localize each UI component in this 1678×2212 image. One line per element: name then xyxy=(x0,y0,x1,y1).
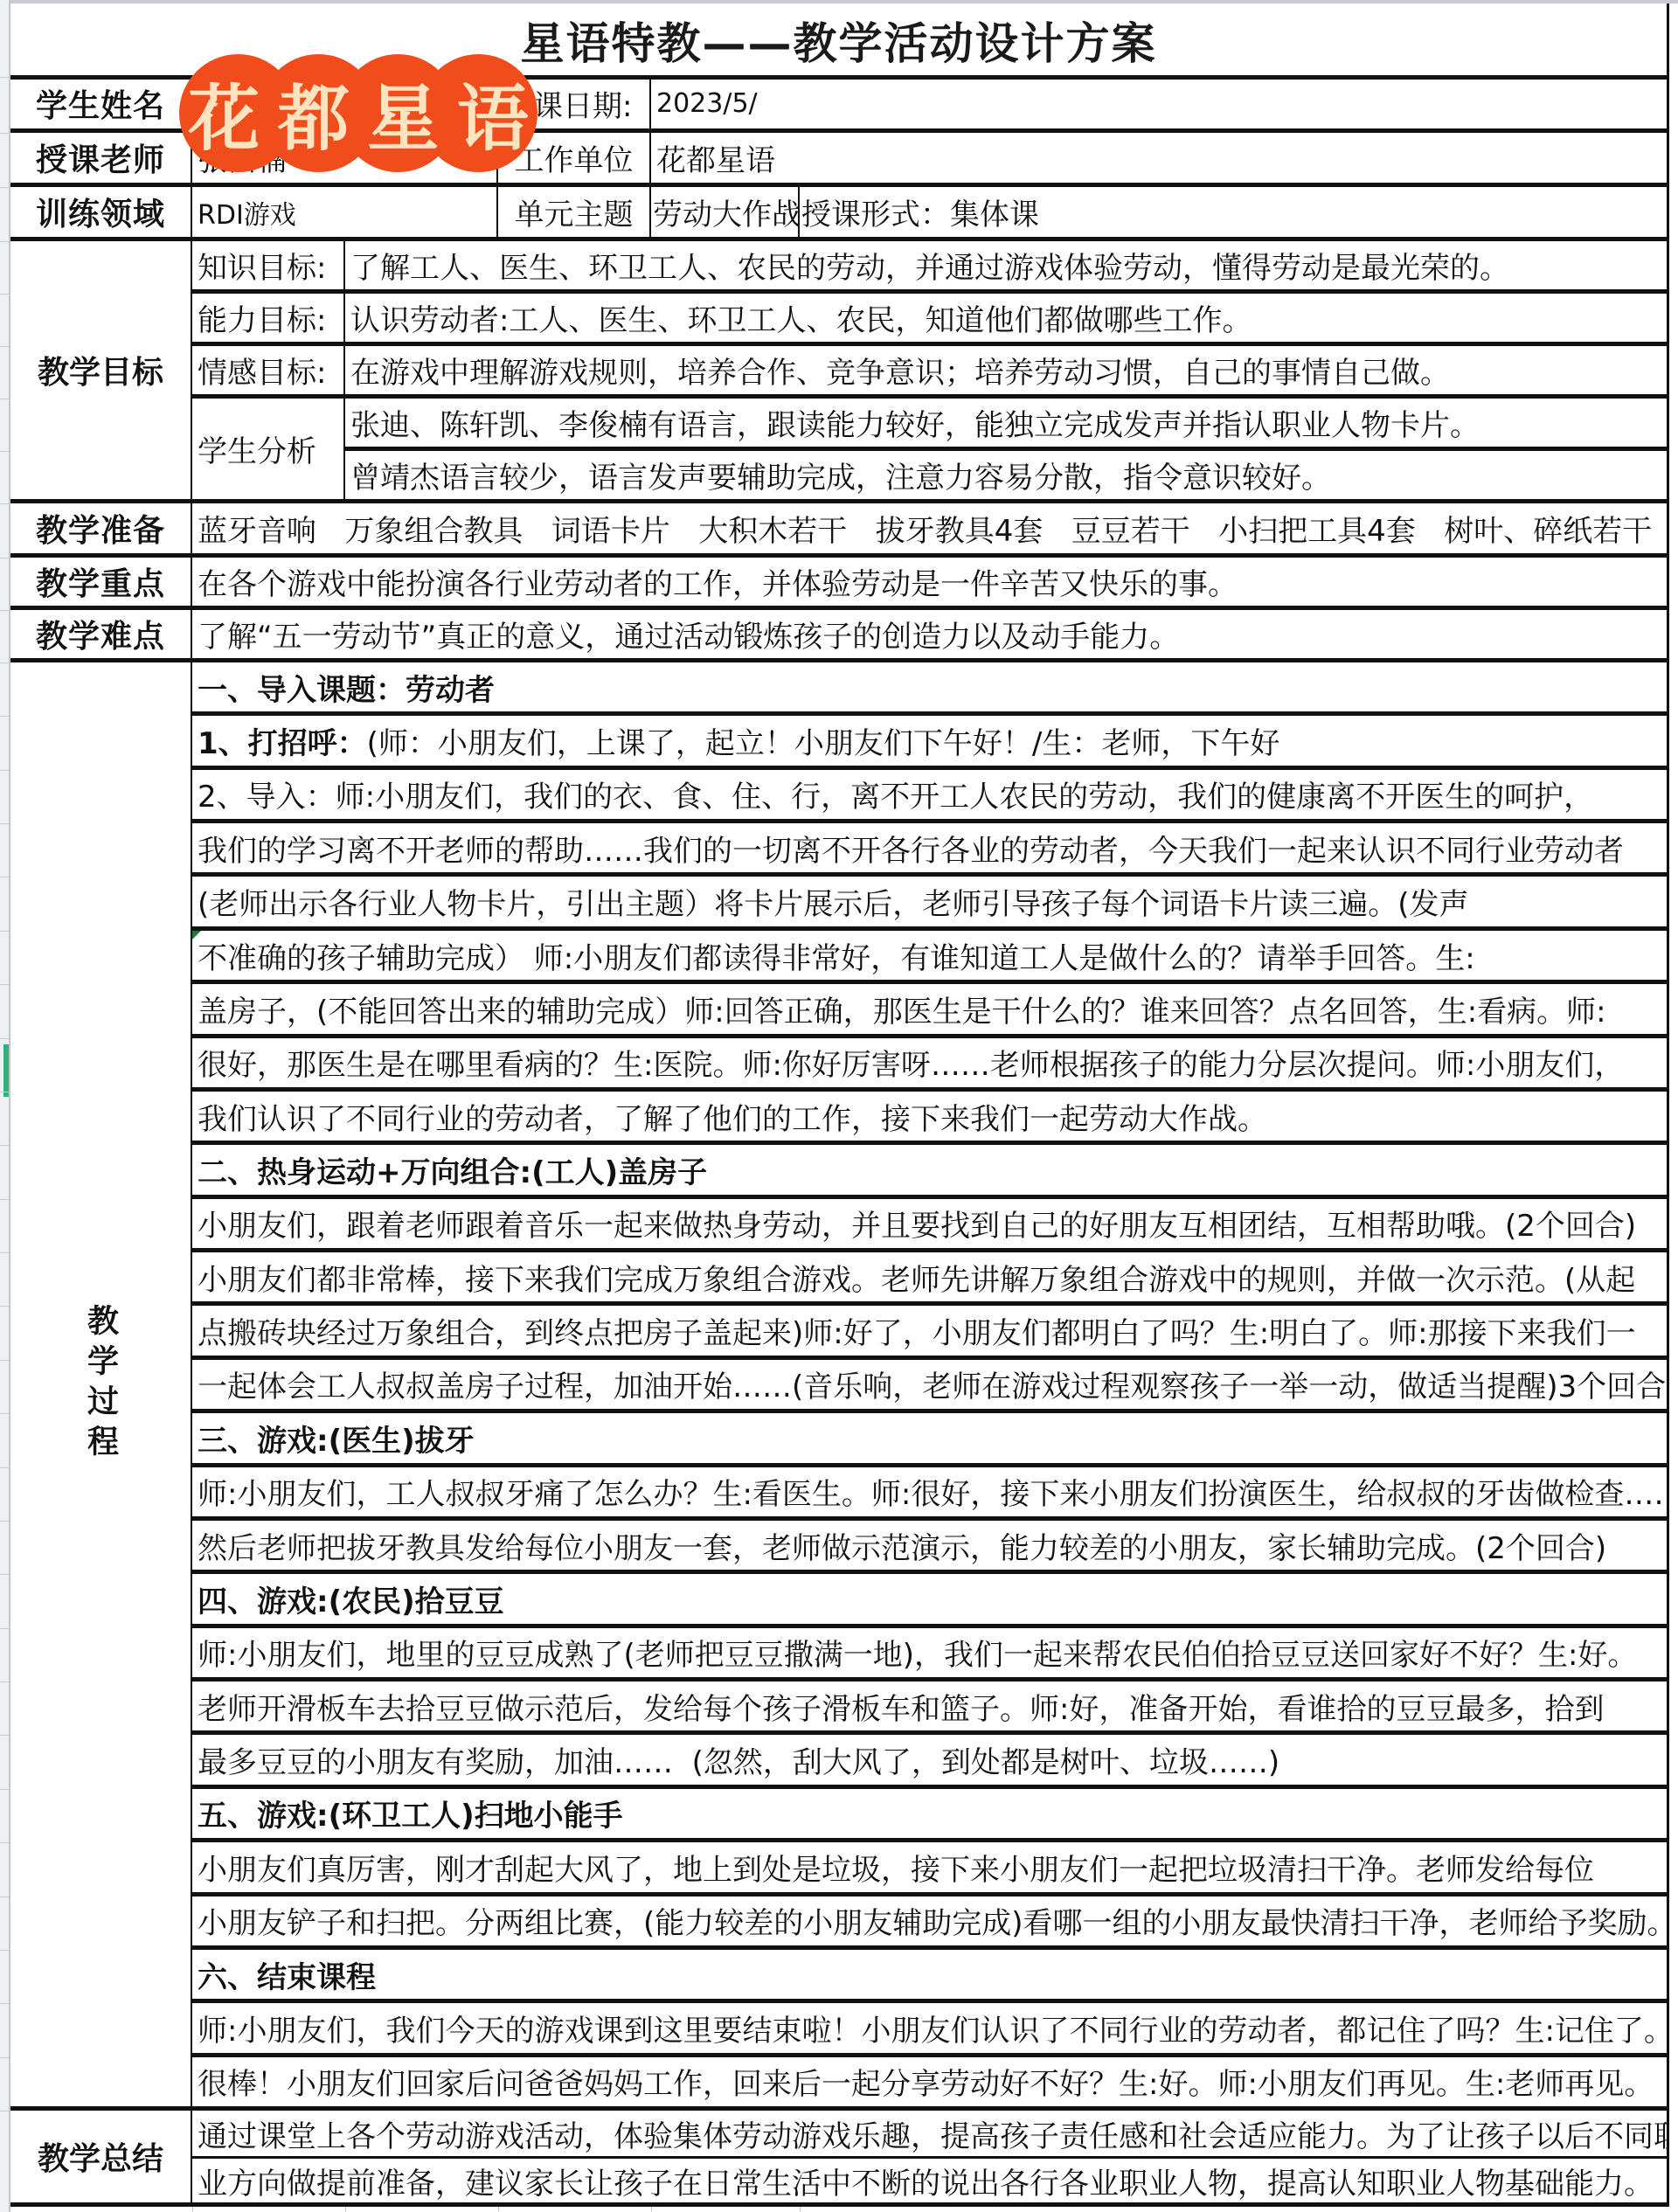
process-body-text: 小朋友们真厉害，刚才刮起大风了，地上到处是垃圾，接下来小朋友们一起把垃圾清扫干净… xyxy=(198,1846,1594,1889)
student-analysis-label: 学生分析 xyxy=(192,399,345,503)
gutter-row-mark xyxy=(0,1145,9,1146)
process-body-text: 老师开滑板车去拾豆豆做示范后，发给每个孩子滑板车和篮子。师:好，准备开始，看谁拾… xyxy=(198,1685,1604,1728)
teacher-label: 授课老师 xyxy=(10,133,192,187)
process-section-heading[interactable]: 五、游戏:(环卫工人)扫地小能手 xyxy=(192,1789,1669,1842)
process-row: 2、导入：师:小朋友们，我们的衣、食、住、行，离不开工人农民的劳动，我们的健康离… xyxy=(10,770,1669,823)
training-domain-label: 训练领域 xyxy=(10,187,192,241)
knowledge-goal-label: 知识目标: xyxy=(192,241,345,294)
process-body-text: 师:小朋友们，工人叔叔牙痛了怎么办？生:看医生。师:很好，接下来小朋友们扮演医生… xyxy=(198,1470,1669,1513)
ability-goal-value[interactable]: 认识劳动者:工人、医生、环卫工人、农民，知道他们都做哪些工作。 xyxy=(345,294,1669,346)
gutter-row-mark xyxy=(0,1306,9,1307)
active-row-indicator xyxy=(3,1044,9,1097)
row-difficulty: 教学难点 了解“五一劳动节”真正的意义，通过活动锻炼孩子的创造力以及动手能力。 xyxy=(10,610,1669,662)
gutter-row-mark xyxy=(0,558,9,558)
row-domain: 训练领域 RDI游戏 单元主题 劳动大作战 授课形式：集体课 xyxy=(10,187,1669,241)
process-row: 小朋友们真厉害，刚才刮起大风了，地上到处是垃圾，接下来小朋友们一起把垃圾清扫干净… xyxy=(10,1842,1669,1896)
process-row: (老师出示各行业人物卡片，引出主题）将卡片展示后，老师引导孩子每个词语卡片读三遍… xyxy=(10,877,1669,930)
gutter-row-mark xyxy=(0,1842,9,1843)
process-row: 很棒！小朋友们回家后问爸爸妈妈工作，回来后一起分享劳动好不好？生:好。师:小朋友… xyxy=(10,2057,1669,2111)
gutter-row-mark xyxy=(0,1413,9,1414)
process-text[interactable]: 我们认识了不同行业的劳动者，了解了他们的工作，接下来我们一起劳动大作战。 xyxy=(192,1092,1669,1145)
process-row: 师:小朋友们，工人叔叔牙痛了怎么办？生:看医生。师:很好，接下来小朋友们扮演医生… xyxy=(10,1467,1669,1521)
emotion-goal-value[interactable]: 在游戏中理解游戏规则，培养合作、竞争意识；培养劳动习惯，自己的事情自己做。 xyxy=(345,346,1669,399)
process-row: 一起体会工人叔叔盖房子过程，加油开始……(音乐响，老师在游戏过程观察孩子一举一动… xyxy=(10,1360,1669,1413)
process-row: 然后老师把拔牙教具发给每位小朋友一套，老师做示范演示，能力较差的小朋友，家长辅助… xyxy=(10,1521,1669,1574)
process-body-text: 2、导入：师:小朋友们，我们的衣、食、住、行，离不开工人农民的劳动，我们的健康离… xyxy=(198,773,1593,815)
process-body-text: 师:小朋友们，地里的豆豆成熟了(老师把豆豆撒满一地)，我们一起来帮农民伯伯拾豆豆… xyxy=(198,1631,1637,1674)
process-body-text: 然后老师把拔牙教具发给每位小朋友一套，老师做示范演示，能力较差的小朋友，家长辅助… xyxy=(198,1524,1606,1567)
gutter-row-mark xyxy=(0,610,9,611)
difficulty-label: 教学难点 xyxy=(10,610,192,662)
process-body-text: 很棒！小朋友们回家后问爸爸妈妈工作，回来后一起分享劳动好不好？生:好。师:小朋友… xyxy=(198,2060,1654,2103)
gutter-row-mark xyxy=(0,2003,9,2004)
gutter-row-mark xyxy=(0,2111,9,2111)
process-row: 老师开滑板车去拾豆豆做示范后，发给每个孩子滑板车和篮子。师:好，准备开始，看谁拾… xyxy=(10,1682,1669,1735)
gutter-row-mark xyxy=(0,1467,9,1468)
process-body-text: 我们认识了不同行业的劳动者，了解了他们的工作，接下来我们一起劳动大作战。 xyxy=(198,1095,1267,1138)
summary-line-2[interactable]: 业方向做提前准备，建议家长让孩子在日常生活中不断的说出各行各业职业人物，提高认知… xyxy=(192,2159,1669,2207)
process-body-text: 我们的学习离不开老师的帮助……我们的一切离不开各行各业的劳动者，今天我们一起来认… xyxy=(198,827,1624,870)
row-emotion-goal: 情感目标: 在游戏中理解游戏规则，培养合作、竞争意识；培养劳动习惯，自己的事情自… xyxy=(10,346,1669,399)
process-section-heading[interactable]: 一、导入课题：劳动者 xyxy=(192,662,1669,716)
student-name-label: 学生姓名 xyxy=(10,79,192,133)
gutter-row-mark xyxy=(0,823,9,824)
process-text[interactable]: 小朋友铲子和扫把。分两组比赛，(能力较差的小朋友辅助完成)看哪一组的小朋友最快清… xyxy=(192,1896,1669,1950)
process-text[interactable]: 很棒！小朋友们回家后问爸爸妈妈工作，回来后一起分享劳动好不好？生:好。师:小朋友… xyxy=(192,2057,1669,2111)
process-text[interactable]: 很好，那医生是在哪里看病的？生:医院。师:你好厉害呀……老师根据孩子的能力分层次… xyxy=(192,1038,1669,1092)
process-bold-text: 1、打招呼： xyxy=(198,719,367,762)
process-text[interactable]: 不准确的孩子辅助完成） 师:小朋友们都读得非常好，有谁知道工人是做什么的？请举手… xyxy=(192,931,1669,984)
process-text[interactable]: 师:小朋友们，工人叔叔牙痛了怎么办？生:看医生。师:很好，接下来小朋友们扮演医生… xyxy=(192,1467,1669,1521)
gutter-row-mark xyxy=(0,770,9,771)
knowledge-goal-value[interactable]: 了解工人、医生、环卫工人、农民的劳动，并通过游戏体验劳动，懂得劳动是最光荣的。 xyxy=(345,241,1669,294)
process-text[interactable]: 老师开滑板车去拾豆豆做示范后，发给每个孩子滑板车和篮子。师:好，准备开始，看谁拾… xyxy=(192,1682,1669,1735)
lesson-form[interactable]: 授课形式：集体课 xyxy=(800,187,1669,241)
gutter-row-mark xyxy=(0,662,9,663)
cell-comment-indicator[interactable] xyxy=(192,931,201,940)
process-section-heading[interactable]: 六、结束课程 xyxy=(192,1950,1669,2003)
process-text[interactable]: 然后老师把拔牙教具发给每位小朋友一套，老师做示范演示，能力较差的小朋友，家长辅助… xyxy=(192,1521,1669,1574)
row-gutter xyxy=(0,0,10,2212)
process-text[interactable]: 小朋友们，跟着老师跟着音乐一起来做热身劳动，并且要找到自己的好朋友互相团结，互相… xyxy=(192,1199,1669,1252)
key-point-label: 教学重点 xyxy=(10,558,192,610)
process-body-text: 点搬砖块经过万象组合，到终点把房子盖起来)师:好了，小朋友们都明白了吗？生:明白… xyxy=(198,1309,1636,1352)
process-row: 小朋友们都非常棒，接下来我们完成万象组合游戏。老师先讲解万象组合游戏中的规则，并… xyxy=(10,1252,1669,1306)
gutter-row-mark xyxy=(0,1199,9,1200)
gutter-row-mark xyxy=(0,1896,9,1897)
process-body-text: 盖房子，(不能回答出来的辅助完成）师:回答正确，那医生是干什么的？谁来回答？点名… xyxy=(198,988,1606,1030)
gutter-row-mark xyxy=(0,2057,9,2058)
row-knowledge-goal: 知识目标: 了解工人、医生、环卫工人、农民的劳动，并通过游戏体验劳动，懂得劳动是… xyxy=(10,241,1669,294)
student-analysis-line-2[interactable]: 曾靖杰语言较少，语言发声要辅助完成，注意力容易分散，指令意识较好。 xyxy=(345,451,1669,503)
process-row: 小朋友们，跟着老师跟着音乐一起来做热身劳动，并且要找到自己的好朋友互相团结，互相… xyxy=(10,1199,1669,1252)
process-text[interactable]: 小朋友们真厉害，刚才刮起大风了，地上到处是垃圾，接下来小朋友们一起把垃圾清扫干净… xyxy=(192,1842,1669,1896)
logo-char: 语 xyxy=(457,62,529,164)
gutter-row-mark xyxy=(0,294,9,295)
gutter-row-mark xyxy=(0,984,9,985)
empty-grid-row xyxy=(10,2207,1669,2212)
process-bold-text: 六、结束课程 xyxy=(198,1953,376,1996)
process-section-heading-row: 一、导入课题：劳动者 xyxy=(10,662,1669,716)
process-body-text: 小朋友们，跟着老师跟着音乐一起来做热身劳动，并且要找到自己的好朋友互相团结，互相… xyxy=(198,1202,1636,1245)
row-student-analysis: 学生分析 张迪、陈轩凯、李俊楠有语言，跟读能力较好，能独立完成发声并指认职业人物… xyxy=(10,399,1669,503)
process-body-text: (师：小朋友们，上课了，起立！小朋友们下午好！/生：老师，下午好 xyxy=(367,719,1280,762)
work-unit-value[interactable]: 花都星语 xyxy=(651,133,1669,187)
row-key-point: 教学重点 在各个游戏中能扮演各行业劳动者的工作，并体验劳动是一件辛苦又快乐的事。 xyxy=(10,558,1669,610)
gutter-row-mark xyxy=(0,1735,9,1736)
process-text[interactable]: 点搬砖块经过万象组合，到终点把房子盖起来)师:好了，小朋友们都明白了吗？生:明白… xyxy=(192,1306,1669,1359)
process-body-text: 小朋友们都非常棒，接下来我们完成万象组合游戏。老师先讲解万象组合游戏中的规则，并… xyxy=(198,1256,1635,1299)
gutter-row-mark xyxy=(0,1360,9,1361)
process-section-heading[interactable]: 二、热身运动+万向组合:(工人)盖房子 xyxy=(192,1145,1669,1198)
logo-text: 花都星语 xyxy=(179,54,537,172)
process-section-heading-row: 六、结束课程 xyxy=(10,1950,1669,2003)
gutter-row-mark xyxy=(0,77,9,78)
logo-char: 花 xyxy=(188,62,260,164)
process-bold-text: 四、游戏:(农民)拾豆豆 xyxy=(198,1578,504,1620)
process-body-text: 不准确的孩子辅助完成） 师:小朋友们都读得非常好，有谁知道工人是做什么的？请举手… xyxy=(198,934,1475,977)
gutter-row-mark xyxy=(0,346,9,347)
process-row: 我们认识了不同行业的劳动者，了解了他们的工作，接下来我们一起劳动大作战。 xyxy=(10,1092,1669,1145)
gutter-row-mark xyxy=(0,716,9,717)
process-row: 不准确的孩子辅助完成） 师:小朋友们都读得非常好，有谁知道工人是做什么的？请举手… xyxy=(10,931,1669,984)
process-body-text: (老师出示各行业人物卡片，引出主题）将卡片展示后，老师引导孩子每个词语卡片读三遍… xyxy=(198,880,1469,923)
process-body-text: 师:小朋友们，我们今天的游戏课到这里要结束啦！小朋友们认识了不同行业的劳动者，都… xyxy=(198,2007,1669,2049)
gutter-row-mark xyxy=(0,1950,9,1951)
process-row: 很好，那医生是在哪里看病的？生:医院。师:你好厉害呀……老师根据孩子的能力分层次… xyxy=(10,1038,1669,1092)
process-text[interactable]: 师:小朋友们，地里的豆豆成熟了(老师把豆豆撒满一地)，我们一起来帮农民伯伯拾豆豆… xyxy=(192,1628,1669,1682)
page-title: 星语特教——教学活动设计方案 xyxy=(521,9,1157,72)
process-text[interactable]: 盖房子，(不能回答出来的辅助完成）师:回答正确，那医生是干什么的？谁来回答？点名… xyxy=(192,984,1669,1037)
gutter-row-mark xyxy=(0,1521,9,1522)
row-ability-goal: 能力目标: 认识劳动者:工人、医生、环卫工人、农民，知道他们都做哪些工作。 xyxy=(10,294,1669,346)
training-domain-value[interactable]: RDI游戏 xyxy=(192,187,498,241)
gutter-row-mark xyxy=(0,399,9,399)
row-summary-2: 业方向做提前准备，建议家长让孩子在日常生活中不断的说出各行各业职业人物，提高认知… xyxy=(10,2159,1669,2207)
process-bold-text: 五、游戏:(环卫工人)扫地小能手 xyxy=(198,1792,623,1834)
process-text[interactable]: (老师出示各行业人物卡片，引出主题）将卡片展示后，老师引导孩子每个词语卡片读三遍… xyxy=(192,877,1669,930)
row-summary-1: 通过课堂上各个劳动游戏活动，体验集体劳动游戏乐趣，提高孩子责任感和社会适应能力。… xyxy=(10,2111,1669,2159)
gutter-row-mark xyxy=(0,451,9,452)
process-text[interactable]: 我们的学习离不开老师的帮助……我们的一切离不开各行各业的劳动者，今天我们一起来认… xyxy=(192,823,1669,877)
gutter-row-mark xyxy=(0,503,9,504)
process-row: 小朋友铲子和扫把。分两组比赛，(能力较差的小朋友辅助完成)看哪一组的小朋友最快清… xyxy=(10,1896,1669,1950)
process-row: 我们的学习离不开老师的帮助……我们的一切离不开各行各业的劳动者，今天我们一起来认… xyxy=(10,823,1669,877)
gutter-row-mark xyxy=(0,1682,9,1682)
gutter-row-mark xyxy=(0,1628,9,1629)
preparation-label: 教学准备 xyxy=(10,503,192,558)
process-section-heading-row: 五、游戏:(环卫工人)扫地小能手 xyxy=(10,1789,1669,1842)
gutter-row-mark xyxy=(0,241,9,242)
logo-char: 星 xyxy=(367,62,439,164)
date-value[interactable]: 2023/5/ xyxy=(651,79,1669,133)
process-row: 盖房子，(不能回答出来的辅助完成）师:回答正确，那医生是干什么的？谁来回答？点名… xyxy=(10,984,1669,1037)
process-section-heading-row: 三、游戏:(医生)拔牙 xyxy=(10,1413,1669,1467)
process-text[interactable]: 小朋友们都非常棒，接下来我们完成万象组合游戏。老师先讲解万象组合游戏中的规则，并… xyxy=(192,1252,1669,1306)
process-text[interactable]: 最多豆豆的小朋友有奖励，加油…… (忽然，刮大风了，到处都是树叶、垃圾……) xyxy=(192,1735,1669,1788)
process-text[interactable]: 师:小朋友们，我们今天的游戏课到这里要结束啦！小朋友们认识了不同行业的劳动者，都… xyxy=(192,2003,1669,2056)
student-analysis-line-1[interactable]: 张迪、陈轩凯、李俊楠有语言，跟读能力较好，能独立完成发声并指认职业人物卡片。 xyxy=(345,399,1669,451)
process-row: 1、打招呼：(师：小朋友们，上课了，起立！小朋友们下午好！/生：老师，下午好 xyxy=(10,716,1669,769)
unit-theme-value[interactable]: 劳动大作战 xyxy=(651,187,800,241)
logo-char: 都 xyxy=(278,62,350,164)
unit-theme-label: 单元主题 xyxy=(498,187,651,241)
gutter-row-mark xyxy=(0,1574,9,1575)
brand-logo: 花都星语 xyxy=(179,54,537,172)
process-text[interactable]: 一起体会工人叔叔盖房子过程，加油开始……(音乐响，老师在游戏过程观察孩子一举一动… xyxy=(192,1360,1669,1413)
process-section-heading[interactable]: 四、游戏:(农民)拾豆豆 xyxy=(192,1574,1669,1627)
process-row: 师:小朋友们，我们今天的游戏课到这里要结束啦！小朋友们认识了不同行业的劳动者，都… xyxy=(10,2003,1669,2056)
process-row: 最多豆豆的小朋友有奖励，加油…… (忽然，刮大风了，到处都是树叶、垃圾……) xyxy=(10,1735,1669,1788)
key-point-value[interactable]: 在各个游戏中能扮演各行业劳动者的工作，并体验劳动是一件辛苦又快乐的事。 xyxy=(192,558,1669,610)
ability-goal-label: 能力目标: xyxy=(192,294,345,346)
process-body-text: 最多豆豆的小朋友有奖励，加油…… (忽然，刮大风了，到处都是树叶、垃圾……) xyxy=(198,1738,1279,1781)
gutter-row-mark xyxy=(0,1092,9,1092)
gutter-row-mark xyxy=(0,1038,9,1039)
emotion-goal-label: 情感目标: xyxy=(192,346,345,399)
process-bold-text: 二、热身运动+万向组合:(工人)盖房子 xyxy=(198,1148,707,1191)
process-text[interactable]: 2、导入：师:小朋友们，我们的衣、食、住、行，离不开工人农民的劳动，我们的健康离… xyxy=(192,770,1669,823)
gutter-row-mark xyxy=(0,1789,9,1790)
process-section-heading-row: 二、热身运动+万向组合:(工人)盖房子 xyxy=(10,1145,1669,1198)
process-body-text: 小朋友铲子和扫把。分两组比赛，(能力较差的小朋友辅助完成)看哪一组的小朋友最快清… xyxy=(198,1899,1669,1942)
gutter-row-mark xyxy=(0,133,9,134)
process-bold-text: 三、游戏:(医生)拔牙 xyxy=(198,1417,475,1460)
process-section-heading[interactable]: 三、游戏:(医生)拔牙 xyxy=(192,1413,1669,1467)
row-preparation: 教学准备 蓝牙音响 万象组合教具 词语卡片 大积木若干 拔牙教具4套 豆豆若干 … xyxy=(10,503,1669,558)
preparation-value[interactable]: 蓝牙音响 万象组合教具 词语卡片 大积木若干 拔牙教具4套 豆豆若干 小扫把工具… xyxy=(192,503,1669,558)
difficulty-value[interactable]: 了解“五一劳动节”真正的意义，通过活动锻炼孩子的创造力以及动手能力。 xyxy=(192,610,1669,662)
process-bold-text: 一、导入课题：劳动者 xyxy=(198,666,495,709)
summary-line-1[interactable]: 通过课堂上各个劳动游戏活动，体验集体劳动游戏乐趣，提高孩子责任感和社会适应能力。… xyxy=(192,2111,1669,2159)
gutter-row-mark xyxy=(0,931,9,932)
process-body-text: 很好，那医生是在哪里看病的？生:医院。师:你好厉害呀……老师根据孩子的能力分层次… xyxy=(198,1041,1624,1084)
process-text[interactable]: 1、打招呼：(师：小朋友们，上课了，起立！小朋友们下午好！/生：老师，下午好 xyxy=(192,716,1669,769)
gutter-row-mark xyxy=(0,877,9,877)
process-row: 师:小朋友们，地里的豆豆成熟了(老师把豆豆撒满一地)，我们一起来帮农民伯伯拾豆豆… xyxy=(10,1628,1669,1682)
gutter-row-mark xyxy=(0,187,9,188)
process-body-text: 一起体会工人叔叔盖房子过程，加油开始……(音乐响，老师在游戏过程观察孩子一举一动… xyxy=(198,1363,1666,1405)
process-section-heading-row: 四、游戏:(农民)拾豆豆 xyxy=(10,1574,1669,1627)
gutter-row-mark xyxy=(0,1252,9,1253)
process-row: 点搬砖块经过万象组合，到终点把房子盖起来)师:好了，小朋友们都明白了吗？生:明白… xyxy=(10,1306,1669,1359)
